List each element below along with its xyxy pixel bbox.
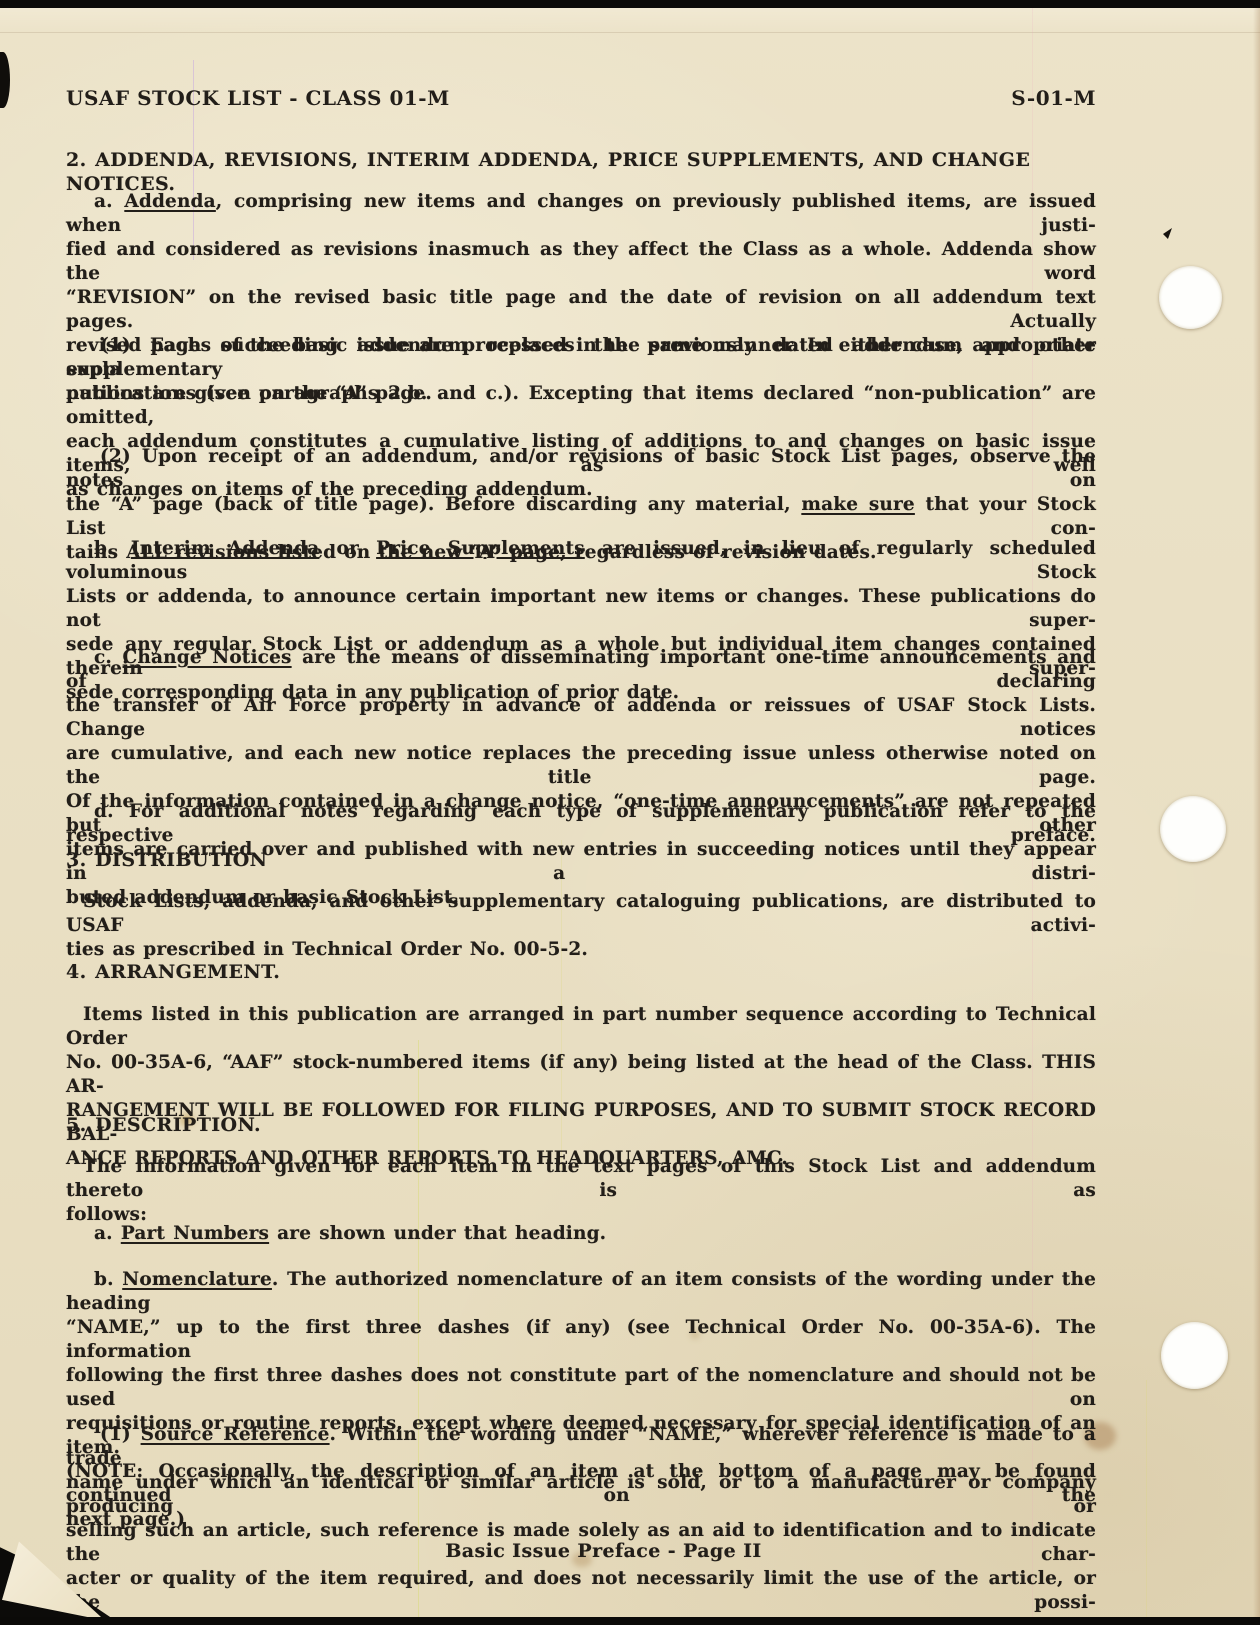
- paragraph: Items listed in this publication are arr…: [66, 1003, 1096, 1171]
- text-line: (1) Each succeeding addendum replaces th…: [66, 334, 1096, 382]
- section-heading: 2. ADDENDA, REVISIONS, INTERIM ADDENDA, …: [66, 148, 1096, 196]
- text-line: Items listed in this publication are arr…: [66, 1003, 1096, 1051]
- text-line: Lists or addenda, to announce certain im…: [66, 585, 1096, 633]
- page-footer: Basic Issue Preface - Page II: [66, 1540, 1096, 1562]
- paragraph: (1) Source Reference. Within the wording…: [66, 1423, 1096, 1615]
- text-line: b. Nomenclature. The authorized nomencla…: [66, 1268, 1096, 1316]
- text-line: 2. ADDENDA, REVISIONS, INTERIM ADDENDA, …: [66, 148, 1096, 196]
- text-line: “NAME,” up to the first three dashes (if…: [66, 1316, 1096, 1364]
- underlined-term: make sure: [801, 494, 914, 515]
- text-line: the transfer of Air Force property in ad…: [66, 694, 1096, 742]
- text-line: (1) Source Reference. Within the wording…: [66, 1423, 1096, 1471]
- document-body: 2. ADDENDA, REVISIONS, INTERIM ADDENDA, …: [0, 0, 1260, 1625]
- paragraph: The information given for each item in t…: [66, 1155, 1096, 1227]
- text-line: (2) Upon receipt of an addendum, and/or …: [66, 445, 1096, 493]
- text-line: fied and considered as revisions inasmuc…: [66, 238, 1096, 286]
- text-line: publications (see paragraphs 2.b. and c.…: [66, 382, 1096, 430]
- punch-hole: [1161, 1322, 1228, 1389]
- underlined-term: Interim Addenda: [131, 538, 319, 559]
- text-line: Stock Lists, addenda, and other suppleme…: [66, 890, 1096, 938]
- punch-hole: [1159, 266, 1222, 329]
- text-line: The information given for each item in t…: [66, 1155, 1096, 1203]
- underlined-term: Price Supplements: [376, 538, 585, 559]
- paragraph: Stock Lists, addenda, and other suppleme…: [66, 890, 1096, 962]
- underlined-term: Nomenclature: [122, 1269, 272, 1290]
- paragraph: a. Part Numbers are shown under that hea…: [66, 1222, 1096, 1246]
- scan-edge-bottom: [0, 1617, 1260, 1625]
- text-line: “REVISION” on the revised basic title pa…: [66, 286, 1096, 334]
- text-line: 5. DESCRIPTION.: [66, 1113, 1096, 1137]
- underlined-term: Source Reference: [141, 1424, 330, 1445]
- scan-edge-top: [0, 0, 1260, 8]
- text-line: 3. DISTRIBUTION: [66, 848, 1096, 872]
- text-line: No. 00-35A-6, “AAF” stock-numbered items…: [66, 1051, 1096, 1099]
- text-line: a. Addenda, comprising new items and cha…: [66, 190, 1096, 238]
- section-heading: 3. DISTRIBUTION: [66, 848, 1096, 872]
- section-heading: 5. DESCRIPTION.: [66, 1113, 1096, 1137]
- text-line: c. Change Notices are the means of disse…: [66, 646, 1096, 694]
- text-line: the “A” page (back of title page). Befor…: [66, 493, 1096, 541]
- underlined-term: Part Numbers: [121, 1223, 269, 1244]
- text-line: ties as prescribed in Technical Order No…: [66, 938, 1096, 962]
- paragraph: d. For additional notes regarding each t…: [66, 800, 1096, 848]
- underlined-term: Addenda: [124, 191, 215, 212]
- underlined-term: Change Notices: [123, 647, 292, 668]
- text-line: name under which an identical or similar…: [66, 1471, 1096, 1519]
- section-heading: 4. ARRANGEMENT.: [66, 960, 1096, 984]
- text-line: acter or quality of the item required, a…: [66, 1567, 1096, 1615]
- scanned-document-page: USAF STOCK LIST - CLASS 01-M S-01-M 2. A…: [0, 0, 1260, 1625]
- text-line: a. Part Numbers are shown under that hea…: [66, 1222, 1096, 1246]
- text-line: b. Interim Addenda or Price Supplements …: [66, 537, 1096, 585]
- text-line: 4. ARRANGEMENT.: [66, 960, 1096, 984]
- text-line: d. For additional notes regarding each t…: [66, 800, 1096, 848]
- punch-hole: [1160, 796, 1226, 862]
- text-line: following the first three dashes does no…: [66, 1364, 1096, 1412]
- text-line: are cumulative, and each new notice repl…: [66, 742, 1096, 790]
